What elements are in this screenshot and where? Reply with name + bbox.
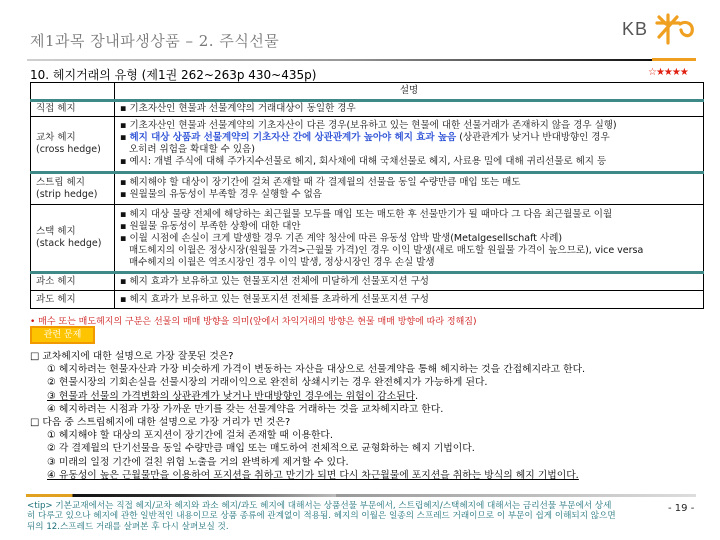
quiz-option: ④ 헤지하려는 시점과 가장 가까운 만기를 갖는 선물계약을 거래하는 것을 …	[30, 403, 700, 416]
kb-logo: KB	[622, 12, 698, 46]
hedge-description-cell: 헤지 효과가 보유하고 있는 현물포지션 전체에 미달하게 선물포지션 구성	[115, 273, 704, 291]
quiz-section: 교차헤지에 대한 설명으로 가장 잘못된 것은? ① 헤지하려는 현물자산과 가…	[30, 350, 700, 482]
description-bullet: 헤지 대상 상품과 선물계약의 기초자산 간에 상관관계가 높아야 헤지 효과 …	[120, 132, 698, 144]
hedge-description-cell: 기초자산인 현물과 선물계약의 거래대상이 동일한 경우	[115, 101, 704, 117]
hedge-type-english: (cross hedge)	[36, 144, 109, 156]
table-row: 스트립 헤지 (strip hedge) 헤지해야 할 대상이 장기간에 걸쳐 …	[31, 173, 704, 205]
description-bullet: 기초자산인 현물과 선물계약의 거래대상이 동일한 경우	[120, 103, 698, 115]
hedge-type-name: 교차 헤지	[36, 132, 109, 144]
quiz-question-1: 교차헤지에 대한 설명으로 가장 잘못된 것은?	[30, 350, 700, 363]
answer-suffix: .	[415, 391, 418, 402]
quiz-option-answer: ④ 유동성이 높은 근월물만을 이용하여 포지션을 취하고 만기가 되면 다시 …	[30, 469, 700, 482]
section-title: 10. 헤지거래의 유형 (제1권 262~263p 430~435p)	[30, 66, 316, 83]
highlighted-text: 헤지 대상 상품과 선물계약의 기초자산 간에 상관관계가 높아야 헤지 효과 …	[129, 132, 456, 143]
quiz-option: ① 헤지해야 할 대상의 포지션이 장기간에 걸쳐 존재할 때 이용한다.	[30, 429, 700, 442]
importance-stars: ☆★★★★	[648, 67, 688, 78]
hedge-type-english: (strip hedge)	[36, 189, 109, 201]
tip-text: <tip> 기본교재에서는 직접 헤지/교차 헤지와 과소 헤지/과도 헤지에 …	[27, 501, 617, 532]
header-divider	[27, 59, 652, 61]
table-header-type	[31, 83, 115, 101]
description-bullet: 헤지 효과가 보유하고 있는 현물포지션 전체에 미달하게 선물포지션 구성	[120, 276, 698, 288]
logo-text: KB	[622, 19, 648, 40]
description-bullet: 헤지해야 할 대상이 장기간에 걸쳐 존재할 때 각 결제월의 선물을 동일 수…	[120, 177, 698, 189]
hedge-type-cell: 스트립 헤지 (strip hedge)	[31, 173, 115, 205]
description-continuation: 매수헤지의 이월은 역조시장인 경우 이익 발생, 정상시장인 경우 손실 발생	[120, 257, 698, 269]
hedge-type-cell: 과소 헤지	[31, 273, 115, 291]
hedge-description-cell: 헤지 대상 물량 전체에 해당하는 최근월물 모두를 매입 또는 매도한 후 선…	[115, 205, 704, 273]
footnote-red: • 매수 또는 매도헤지의 구분은 선물의 매매 방향을 의미(앞에서 차익거래…	[30, 314, 476, 327]
page-number: - 19 -	[668, 503, 694, 514]
hedge-type-name: 과도 헤지	[36, 294, 109, 306]
hedge-types-table: 설명 직접 헤지 기초자산인 현물과 선물계약의 거래대상이 동일한 경우 교차…	[30, 82, 704, 309]
hedge-description-cell: 헤지 효과가 보유하고 있는 현물포지션 전체를 초과하게 선물포지션 구성	[115, 291, 704, 309]
hedge-type-name: 직접 헤지	[36, 103, 109, 115]
hedge-type-cell: 스택 헤지 (stack hedge)	[31, 205, 115, 273]
related-questions-button[interactable]: 관련 문제	[30, 326, 95, 344]
quiz-option: ② 각 결제월의 단기선물을 동일 수량만큼 매입 또는 매도하여 전체적으로 …	[30, 442, 700, 455]
hedge-type-name: 스트립 헤지	[36, 177, 109, 189]
table-row: 교차 헤지 (cross hedge) 기초자산인 현물과 선물계약의 기초자산…	[31, 117, 704, 173]
description-bullet: 헤지 대상 물량 전체에 해당하는 최근월물 모두를 매입 또는 매도한 후 선…	[120, 209, 698, 221]
quiz-option: ② 현물시장의 기회손실을 선물시장의 거래이익으로 완전히 상쇄시키는 경우 …	[30, 376, 700, 389]
description-bullet: 이월 시점에 손실이 크게 발생할 경우 기존 계약 청산에 따른 유동성 압박…	[120, 233, 698, 245]
quiz-option: ③ 미래의 일정 기간에 걸친 위험 노출을 거의 완벽하게 제거할 수 있다.	[30, 456, 700, 469]
table-row: 과도 헤지 헤지 효과가 보유하고 있는 현물포지션 전체를 초과하게 선물포지…	[31, 291, 704, 309]
description-continuation: 매도헤지의 이월은 정상시장(원월물 가격>근월물 가격)인 경우 이익 발생(…	[120, 245, 698, 257]
page-title: 제1과목 장내파생상품 – 2. 주식선물	[30, 30, 279, 51]
hedge-type-cell: 교차 헤지 (cross hedge)	[31, 117, 115, 173]
description-bullet: 기초자산인 현물과 선물계약의 기초자산이 다른 경우(보유하고 있는 현물에 …	[120, 120, 698, 132]
quiz-option-answer: ③ 현물과 선물의 가격변화의 상관관계가 낮거나 반대방향인 경우에는 위험이…	[30, 390, 700, 403]
hedge-description-cell: 기초자산인 현물과 선물계약의 기초자산이 다른 경우(보유하고 있는 현물에 …	[115, 117, 704, 173]
table-row: 스택 헤지 (stack hedge) 헤지 대상 물량 전체에 해당하는 최근…	[31, 205, 704, 273]
hedge-type-name: 스택 헤지	[36, 226, 109, 238]
footer-divider-fade	[336, 494, 696, 497]
quiz-question-2: 다음 중 스트립헤지에 대한 설명으로 가장 거리가 먼 것은?	[30, 416, 700, 429]
description-text: (상관관계가 낮거나 반대방향인 경우	[456, 132, 609, 143]
description-bullet: 원월물의 유동성이 부족할 경우 실행할 수 없음	[120, 189, 698, 201]
table-row: 과소 헤지 헤지 효과가 보유하고 있는 현물포지션 전체에 미달하게 선물포지…	[31, 273, 704, 291]
description-continuation: 오히려 위험을 확대할 수 있음)	[120, 144, 698, 156]
hedge-description-cell: 헤지해야 할 대상이 장기간에 걸쳐 존재할 때 각 결제월의 선물을 동일 수…	[115, 173, 704, 205]
description-bullet: 예시: 개별 주식에 대해 주가지수선물로 헤지, 회사채에 대해 국채선물로 …	[120, 156, 698, 168]
hedge-type-cell: 과도 헤지	[31, 291, 115, 309]
hedge-type-cell: 직접 헤지	[31, 101, 115, 117]
quiz-option: ① 헤지하려는 현물자산과 가장 비슷하게 가격이 변동하는 자산을 대상으로 …	[30, 363, 700, 376]
description-bullet: 헤지 효과가 보유하고 있는 현물포지션 전체를 초과하게 선물포지션 구성	[120, 294, 698, 306]
header-divider-accent	[652, 58, 696, 61]
hedge-type-english: (stack hedge)	[36, 238, 109, 250]
table-header-row: 설명	[31, 83, 704, 101]
table-row: 직접 헤지 기초자산인 현물과 선물계약의 거래대상이 동일한 경우	[31, 101, 704, 117]
table-header-description: 설명	[115, 83, 704, 101]
hedge-type-name: 과소 헤지	[36, 276, 109, 288]
answer-text: ③ 현물과 선물의 가격변화의 상관관계가 낮거나 반대방향인 경우에는 위험이…	[47, 391, 415, 402]
footer-divider	[26, 494, 336, 497]
description-bullet: 원월물 유동성이 부족한 상황에 대한 대안	[120, 221, 698, 233]
kb-star-icon	[654, 12, 698, 46]
